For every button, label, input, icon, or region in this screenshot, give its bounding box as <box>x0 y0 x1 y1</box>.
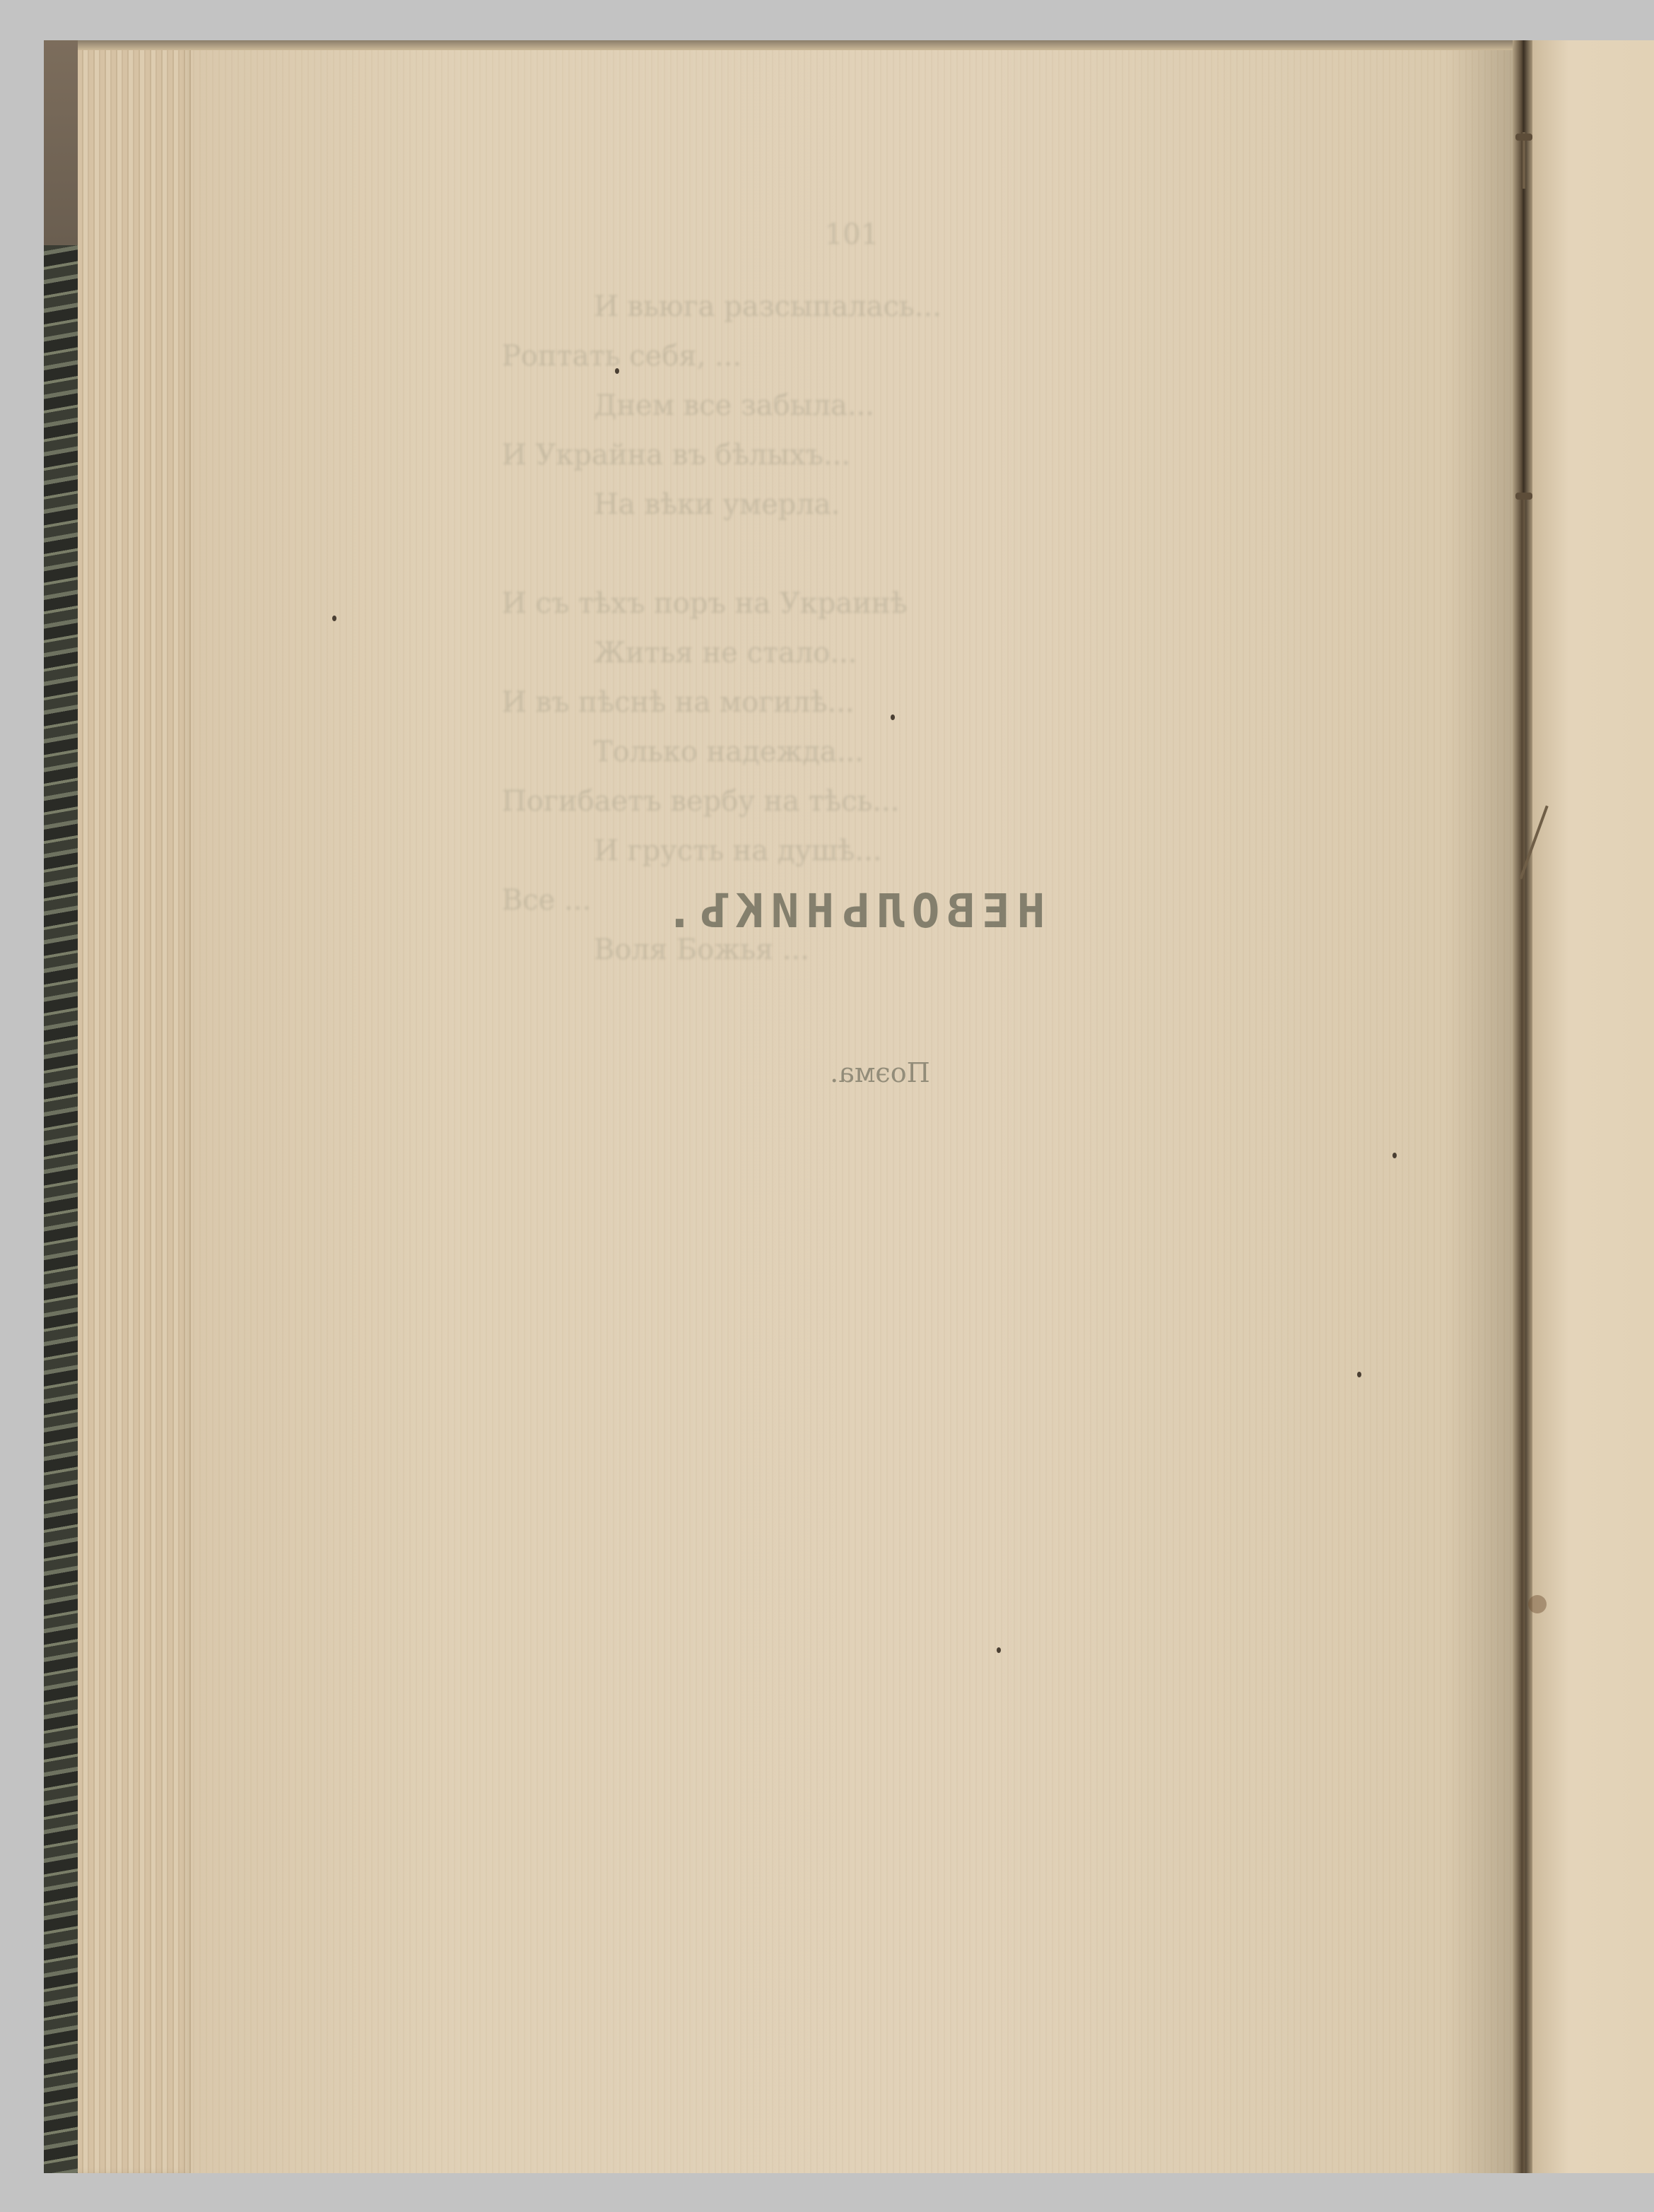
reverse-line: И въ пѣснѣ на могилѣ... <box>502 686 1350 712</box>
reverse-page-number: 101 <box>191 218 1513 251</box>
reverse-line: Днем все забыла... <box>502 389 1350 415</box>
binding-knot <box>1515 134 1532 141</box>
reverse-line: Только надежда... <box>502 736 1350 761</box>
paper-speck <box>1357 1372 1361 1377</box>
left-page: 101 И вьюга разсыпалась... Роптать себя,… <box>191 50 1513 2173</box>
scanned-spread: 101 И вьюга разсыпалась... Роптать себя,… <box>44 40 1654 2173</box>
cover-corner <box>44 40 78 245</box>
show-through-title: НЕВОЛЬНИКЪ. <box>191 884 1513 939</box>
page-edges <box>78 40 191 2173</box>
marbled-cover-edge <box>44 40 78 2173</box>
reverse-line <box>502 538 1350 563</box>
reverse-line: Житья не стало... <box>502 637 1350 662</box>
paper-speck <box>332 616 336 621</box>
reverse-line: И грусть на душѣ... <box>502 835 1350 860</box>
reverse-line: И вьюга разсыпалась... <box>502 290 1350 316</box>
reverse-line: На вѣки умерла. <box>502 488 1350 514</box>
right-page-edge <box>1532 40 1654 2173</box>
binding-thread <box>1523 493 1525 2173</box>
paper-speck <box>997 1647 1001 1653</box>
reverse-line: Погибаетъ вербу на тѣсь... <box>502 785 1350 811</box>
binding-knot <box>1515 493 1532 500</box>
reverse-line: И Украйна въ бѣлыхъ... <box>502 439 1350 464</box>
reverse-verse-block: И вьюга разсыпалась... Роптать себя, ...… <box>502 290 1350 983</box>
page-top-edge <box>78 40 1520 50</box>
reverse-line: И съ тѣхъ поръ на Украинѣ <box>502 587 1350 613</box>
reverse-line: Роптать себя, ... <box>502 340 1350 365</box>
binding-stain <box>1528 1595 1547 1613</box>
binding-thread <box>1523 132 1525 189</box>
paper-speck <box>1392 1153 1397 1158</box>
paper-speck <box>615 368 619 374</box>
paper-speck <box>891 714 895 720</box>
show-through-subtitle: Поэма. <box>219 1057 1541 1088</box>
